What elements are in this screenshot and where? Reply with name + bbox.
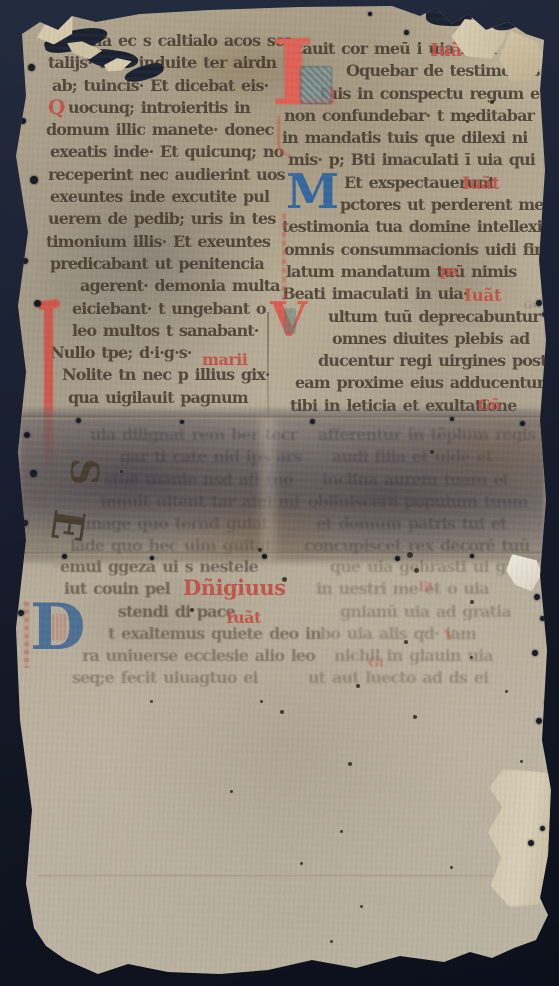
text-line: pctores ut perderent me [282,194,546,216]
text-line: stue manie nsd afi tuo [60,469,295,491]
text-line: gar ti cate nid ips ars [60,446,295,468]
rubric-faint: V [444,628,454,644]
ink-speck [470,600,474,604]
ink-speck [407,552,413,558]
curled-parchment-bit [65,38,104,61]
worm-hole [528,840,534,846]
text-line: uia dilignat rem ber tecr [60,424,295,446]
text-line: Et exspectauerunt [282,172,546,194]
curled-parchment-bit [103,56,133,73]
text-line: eam proxime eius adducentur [282,372,546,394]
worm-hole [20,118,26,124]
text-line: omnis consummacionis uidi fine [282,239,546,261]
torn-flap-top-right [449,10,515,64]
parchment-leaf: utzona ec s caltialo acos sca talijs· t … [0,0,559,986]
ink-speck [413,715,417,719]
initial-m-filigree [282,214,286,300]
rubric-faint: Gt [368,656,384,671]
text-line: domum illic manete· donec [46,119,294,141]
worm-hole [542,312,547,317]
text-line: ab; tuincis· Et dicebat eis· [46,75,294,97]
worm-hole [450,417,454,421]
ink-speck [150,700,153,703]
worm-hole [534,594,540,600]
ink-speck [360,905,363,908]
text-line: bo uia alis qd· iam [300,623,545,645]
ink-speck [348,762,352,766]
worm-hole [532,650,538,656]
rubric-faint: Et [418,580,433,595]
initial-v-red: V [270,296,307,344]
curled-parchment-bit [33,12,80,49]
fold-crease [38,874,542,876]
text-line: gnianū uia ad gratia [300,601,545,623]
initial-l-red: L [272,28,335,118]
initial-m-blue: M [286,168,339,216]
text-line: Oquebar de testimonijs [282,60,546,82]
rubric-invitatory: Iuãt [430,40,469,61]
gutter-flourish-line [267,312,269,442]
damage-notch [85,46,139,71]
worm-hole [34,300,41,307]
rubric-invitatory: Iuãt [226,608,261,627]
worm-hole [30,176,38,184]
damage-notch [43,23,110,58]
ink-speck [330,940,333,943]
text-line: tauit cor meū i uia boni [282,38,546,60]
text-line: uocunq; introieritis in [46,97,294,119]
text-line: testimonia tua domine intellexi [282,216,546,238]
ink-speck [190,608,194,612]
worm-hole [18,610,24,616]
initial-d-inner-filigree [52,614,68,640]
text-line: nichil in glauin uia [300,645,545,667]
ink-speck [280,710,284,714]
worm-hole [262,554,267,559]
torn-flap-top-right [495,30,550,88]
lower-right-lines: que uia gehrasti ui galicū in uestri me … [300,556,545,690]
ink-speck [300,862,303,865]
stain-smudge [40,150,270,370]
ink-speck [490,100,494,104]
right-faded-lines: afferentur in tēplum regis audi filia et… [292,424,542,558]
damage-notch [491,16,521,33]
damage-notch [123,61,165,85]
text-line: tuis in conspectu regum et [282,83,546,105]
ink-speck [520,760,523,763]
worm-hole [404,30,409,35]
patch-letter-s: S [62,457,108,486]
text-line: lade quo hec uim guitat [60,535,295,557]
worm-hole [22,520,28,526]
text-line: latum mandatum tuū nimis [282,261,546,283]
text-line: afferentur in tēplum regis [292,424,542,446]
text-line: non confundebar· t meditabar [282,105,546,127]
ink-speck [260,700,263,703]
text-line: talijs· t ne induite ter airdn [46,52,294,74]
ink-speck [470,656,473,659]
text-line: eiciebant· t ungebant o [46,298,294,320]
text-line: omnes diuites plebis ad [282,328,546,350]
worm-hole [540,616,545,621]
text-line: et domum patris tui et [292,513,542,535]
text-line: leo multos t sanabant· [46,320,294,342]
text-line: tibi in leticia et exultatione [282,395,546,417]
initial-q-red: Q [48,97,65,117]
margin-scribble: Gw [523,299,541,312]
worm-hole [28,64,35,71]
text-line: Nullo tpe; d·i·g·s· [46,342,294,364]
text-line: iut couin pel [58,578,298,600]
text-line: concupiscet rex decorē tuū [292,535,542,557]
text-line: emui ggeza ui s nestele [58,556,298,578]
worm-hole [150,556,154,560]
initial-l-flourish [277,116,292,157]
margin-initial-i-red [44,304,53,474]
fold-crease [20,416,544,419]
initial-d-filigree [24,602,29,668]
margin-initial-i-serif [37,299,60,311]
text-line: ducentur regi uirgines post [282,350,546,372]
text-line: stendi di pace [58,601,298,623]
worm-hole [536,718,542,724]
text-line: ra uniuerse ecclesie alio leo [58,645,298,667]
ink-speck [258,548,262,552]
rubric-invitatory: Iuãt [462,174,499,194]
ink-speck [450,866,453,869]
worm-hole [30,470,37,477]
worm-hole [62,554,67,559]
text-line: in mandatis tuis que dilexi ni [282,127,546,149]
text-line: unage quo ternd guiat [60,513,295,535]
ink-speck [466,120,469,123]
text-line: que uia gehrasti ui galicū [300,556,545,578]
text-line: innuit uitent tar afel mi [60,491,295,513]
worm-hole [470,554,474,558]
worm-hole [180,420,184,424]
text-line: exeuntes inde excutite pul [46,186,294,208]
rubric-heading: Dñigiuus [183,575,285,600]
rubric-psalm: ps [440,262,458,280]
ink-speck [282,577,287,582]
ink-speck [356,684,360,688]
paper-fragment-white [504,554,544,593]
lower-left-lines: emui ggeza ui s nestele iut couin pel st… [58,556,298,690]
initial-l-ornament-panel [300,66,332,104]
text-line: t exaltemus quiete deo in [58,623,298,645]
worm-hole [22,258,28,264]
worm-hole [76,418,81,423]
left-faded-lines: uia dilignat rem ber tecr gar ti cate ni… [60,424,295,558]
text-line: ultum tuū deprecabuntur [282,306,546,328]
text-line: agerent· demonia multa [46,275,294,297]
text-line: seq;e fecit uiuagtuo ei [58,667,298,689]
es-paper-patch: S E [35,445,123,569]
ink-speck [230,790,233,793]
text-line: timonium illis· Et exeuntes [46,231,294,253]
fold-stain-band [18,410,546,562]
rubric-month: marii [202,350,247,369]
worm-hole [310,419,315,424]
text-line: qua uigilauit pagnum [46,387,294,409]
damage-notch [425,4,472,27]
text-line: exeatis inde· Et quicunq; no [46,141,294,163]
worm-hole [540,826,545,831]
left-text-column: utzona ec s caltialo acos sca talijs· t … [46,30,294,409]
text-line: Beati imaculati in uia· [282,283,546,305]
worm-hole [24,432,30,438]
text-line: ut aut luecto ad ds ei [300,667,545,689]
torn-flap-bottom-right [484,768,550,908]
worm-hole [368,12,372,16]
initial-d-blue: D [30,596,86,660]
text-line: receperint nec audierint uos [46,164,294,186]
text-line: predicabant ut penitencia [46,253,294,275]
worm-hole [536,300,542,306]
text-line: uerem de pedib; uris in tes [46,208,294,230]
fold-crease [20,552,544,555]
water-stain [120,620,460,880]
patch-letter-e: E [41,506,94,545]
worm-hole [520,421,525,426]
stain-smudge [380,200,530,350]
initial-v-filigree [284,308,296,334]
ink-speck [120,470,123,473]
worm-hole [395,556,400,561]
text-line: utzona ec s caltialo acos sca [46,30,294,52]
text-line: obliuiscere populum tuum [292,491,542,513]
text-line: audi filia et uide et [292,446,542,468]
stain-smudge [150,28,340,108]
worm-hole [544,700,549,705]
ink-speck [430,450,434,454]
text-line: Nolite tn nec p illius gix· [46,364,294,386]
photo-of-manuscript-leaf: utzona ec s caltialo acos sca talijs· t … [0,0,559,986]
text-line: in uestri me et o uia [300,578,545,600]
stain-smudge [255,416,281,562]
ink-speck [340,830,343,833]
rubric-gloria: Gñ [478,396,501,414]
ink-speck [505,690,508,693]
water-stain [60,560,260,680]
text-line: mis· p; Bti imaculati ī uia qui [282,149,546,171]
ink-speck [414,568,419,573]
ink-speck [404,640,408,644]
text-line: inclina aurem tuam et [292,469,542,491]
right-text-column: tauit cor meū i uia boni Oquebar de test… [282,38,546,417]
rubric-invitatory: Iuãt [464,286,501,306]
